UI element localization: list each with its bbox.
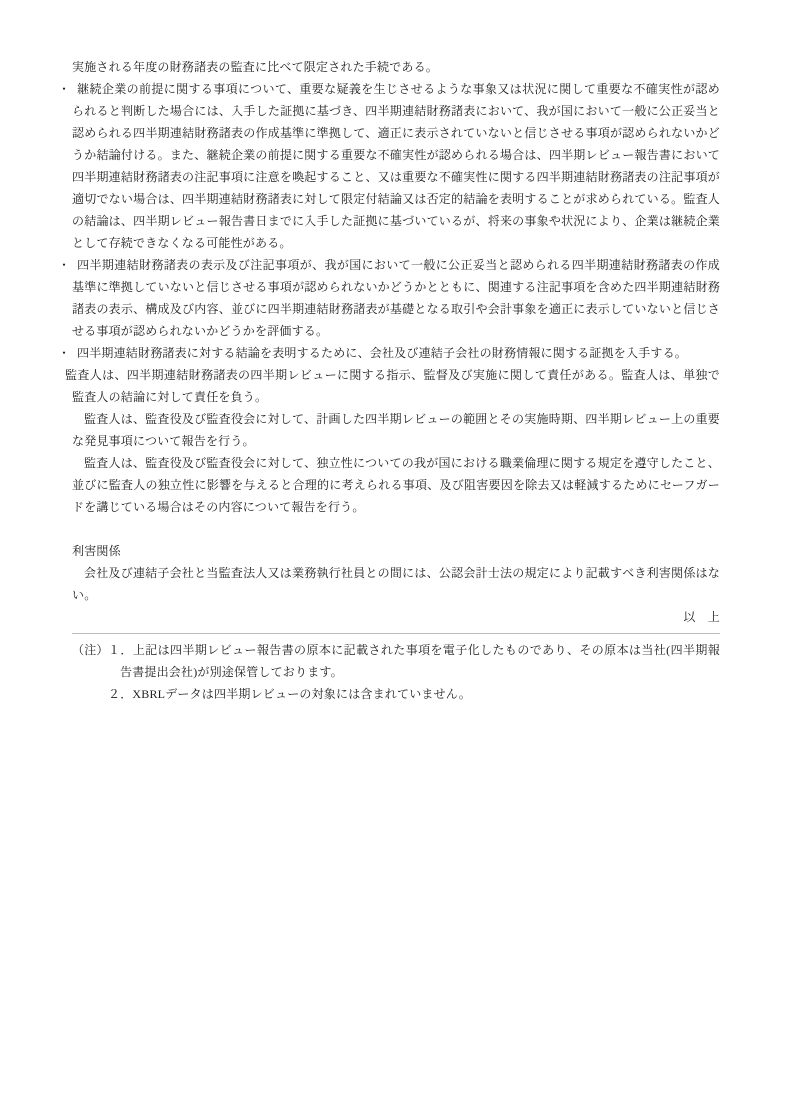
bullet-icon: ・ xyxy=(51,78,77,100)
paragraph-report-to-auditors-scope: 監査人は、監査役及び監査役会に対して、計画した四半期レビューの範囲とその実施時期… xyxy=(72,408,720,452)
footnote-item-2: ２．XBRLデータは四半期レビューの対象には含まれていません。 xyxy=(108,683,720,705)
intro-continuation-line: 実施される年度の財務諸表の監査に比べて限定された手続である。 xyxy=(72,56,720,78)
footnote-number: １． xyxy=(108,643,133,657)
footnote-number: ２． xyxy=(108,687,132,701)
bullet-paragraph-evidence: ・四半期連結財務諸表に対する結論を表明するために、会社及び連結子会社の財務情報に… xyxy=(72,342,720,364)
footnote-item-1: １．上記は四半期レビュー報告書の原本に記載された事項を電子化したものであり、その… xyxy=(108,639,720,683)
footnote-items: １．上記は四半期レビュー報告書の原本に記載された事項を電子化したものであり、その… xyxy=(108,639,720,705)
footnote-text: 上記は四半期レビュー報告書の原本に記載された事項を電子化したものであり、その原本… xyxy=(120,643,720,679)
footnote-label: （注） xyxy=(72,639,108,705)
section-heading-interest-relationship: 利害関係 xyxy=(72,540,720,562)
footnote-divider xyxy=(72,633,720,634)
paragraph-report-to-auditors-independence: 監査人は、監査役及び監査役会に対して、独立性についての我が国における職業倫理に関… xyxy=(72,452,720,518)
bullet-paragraph-going-concern: ・継続企業の前提に関する事項について、重要な疑義を生じさせるような事象又は状況に… xyxy=(72,78,720,254)
report-body: 実施される年度の財務諸表の監査に比べて限定された手続である。 ・継続企業の前提に… xyxy=(72,56,720,705)
footnotes-block: （注） １．上記は四半期レビュー報告書の原本に記載された事項を電子化したものであ… xyxy=(72,639,720,705)
footnote-text: XBRLデータは四半期レビューの対象には含まれていません。 xyxy=(132,687,471,701)
bullet-text: 継続企業の前提に関する事項について、重要な疑義を生じさせるような事象又は状況に関… xyxy=(72,82,720,250)
bullet-text: 四半期連結財務諸表に対する結論を表明するために、会社及び連結子会社の財務情報に関… xyxy=(77,346,687,360)
bullet-subparagraph-responsibility: 監査人は、四半期連結財務諸表の四半期レビューに関する指示、監督及び実施に関して責… xyxy=(72,364,720,408)
bullet-icon: ・ xyxy=(51,342,77,364)
closing-mark: 以 上 xyxy=(72,606,720,628)
bullet-paragraph-presentation: ・四半期連結財務諸表の表示及び注記事項が、我が国において一般に公正妥当と認められ… xyxy=(72,254,720,342)
paragraph-interest-relationship-body: 会社及び連結子会社と当監査法人又は業務執行社員との間には、公認会計士法の規定によ… xyxy=(72,562,720,606)
bullet-icon: ・ xyxy=(51,254,77,276)
document-page: 実施される年度の財務諸表の監査に比べて限定された手続である。 ・継続企業の前提に… xyxy=(0,0,790,1118)
bullet-text: 四半期連結財務諸表の表示及び注記事項が、我が国において一般に公正妥当と認められる… xyxy=(72,258,720,338)
